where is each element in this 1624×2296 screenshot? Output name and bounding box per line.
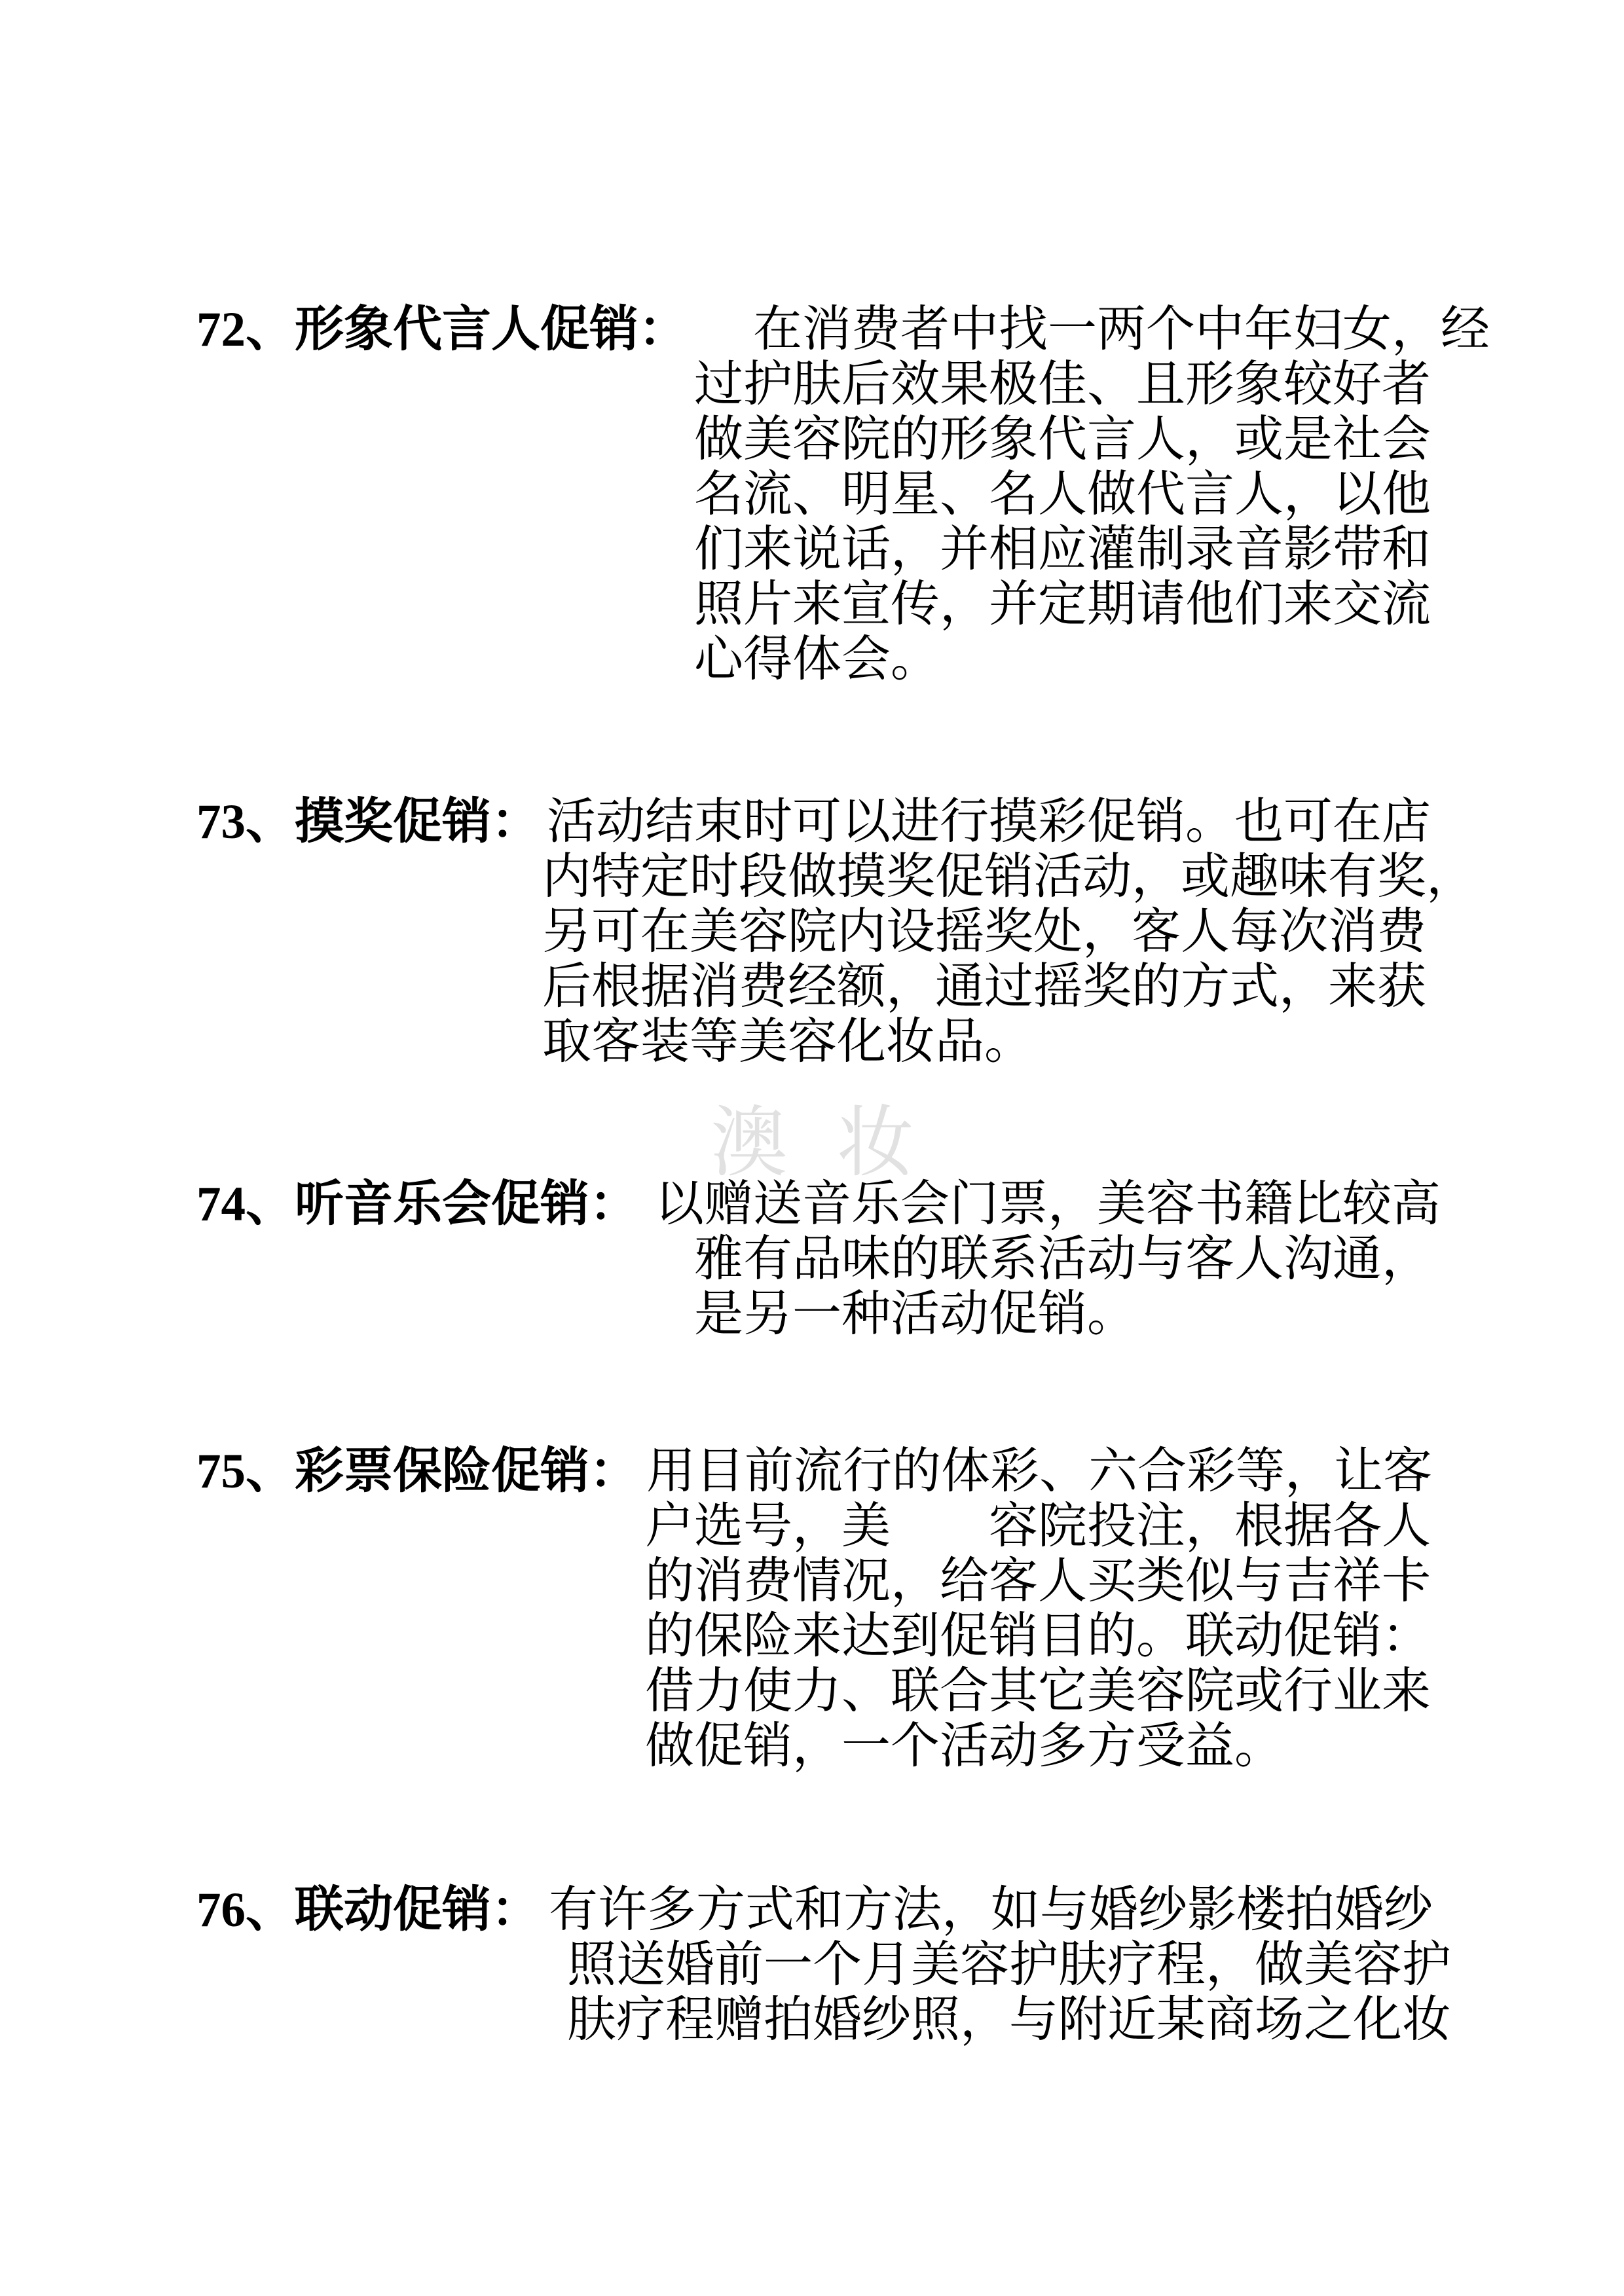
- item-75-body-lines: 户选号，美 容院投注，根据各人 的消费情况，给客人买类似与吉祥卡 的保险来达到促…: [0, 1499, 1624, 1774]
- item-74-body-start: 以赠送音乐会门票，美容书籍比较高: [655, 1177, 1441, 1231]
- item-72-first-row: 72、形象代言人促销：在消费者中找一两个中年妇女，经: [0, 302, 1624, 357]
- item-72-body-start: 在消费者中找一两个中年妇女，经: [753, 302, 1490, 357]
- list-item-72: 72、形象代言人促销：在消费者中找一两个中年妇女，经 过护肤后效果极佳、且形象较…: [0, 302, 1624, 687]
- item-76-body-start: 有许多方式和方法，如与婚纱影楼拍婚纱: [549, 1883, 1433, 1937]
- item-73-first-row: 73、摸奖促销：活动结束时可以进行摸彩促销。也可在店: [0, 795, 1624, 850]
- item-76-first-row: 76、联动促销：有许多方式和方法，如与婚纱影楼拍婚纱: [0, 1883, 1624, 1938]
- item-75-body-start: 用目前流行的体彩、六合彩等，让客: [646, 1444, 1432, 1499]
- watermark-text: 澳 妆: [710, 1104, 914, 1181]
- item-73-number-heading: 73、摸奖促销：: [196, 795, 540, 849]
- item-72-body-lines: 过护肤后效果极佳、且形象较好者 做美容院的形象代言人，或是社会 名流、明星、名人…: [0, 357, 1624, 687]
- list-item-73: 73、摸奖促销：活动结束时可以进行摸彩促销。也可在店 内特定时段做摸奖促销活动，…: [0, 795, 1624, 1070]
- list-item-74: 74、听音乐会促销：以赠送音乐会门票，美容书籍比较高 雅有品味的联系活动与客人沟…: [0, 1177, 1624, 1342]
- item-72-number-heading: 72、形象代言人促销：: [196, 302, 688, 357]
- item-74-body-lines: 雅有品味的联系活动与客人沟通， 是另一种活动促销。: [0, 1232, 1624, 1342]
- item-76-body-lines: 照送婚前一个月美容护肤疗程，做美容护 肤疗程赠拍婚纱照，与附近某商场之化妆: [0, 1938, 1624, 2048]
- item-75-first-row: 75、彩票保险促销：用目前流行的体彩、六合彩等，让客: [0, 1444, 1624, 1499]
- list-item-75: 75、彩票保险促销：用目前流行的体彩、六合彩等，让客 户选号，美 容院投注，根据…: [0, 1444, 1624, 1774]
- item-75-number-heading: 75、彩票保险促销：: [196, 1444, 638, 1499]
- item-74-number-heading: 74、听音乐会促销：: [196, 1177, 638, 1231]
- item-73-body-start: 活动结束时可以进行摸彩促销。也可在店: [547, 795, 1431, 849]
- document-page: 澳 妆 72、形象代言人促销：在消费者中找一两个中年妇女，经 过护肤后效果极佳、…: [0, 0, 1624, 2296]
- item-73-body-lines: 内特定时段做摸奖促销活动，或趣味有奖， 另可在美容院内设摇奖处，客人每次消费 后…: [0, 850, 1624, 1070]
- item-74-first-row: 74、听音乐会促销：以赠送音乐会门票，美容书籍比较高: [0, 1177, 1624, 1232]
- list-item-76: 76、联动促销：有许多方式和方法，如与婚纱影楼拍婚纱 照送婚前一个月美容护肤疗程…: [0, 1883, 1624, 2048]
- item-76-number-heading: 76、联动促销：: [196, 1883, 540, 1937]
